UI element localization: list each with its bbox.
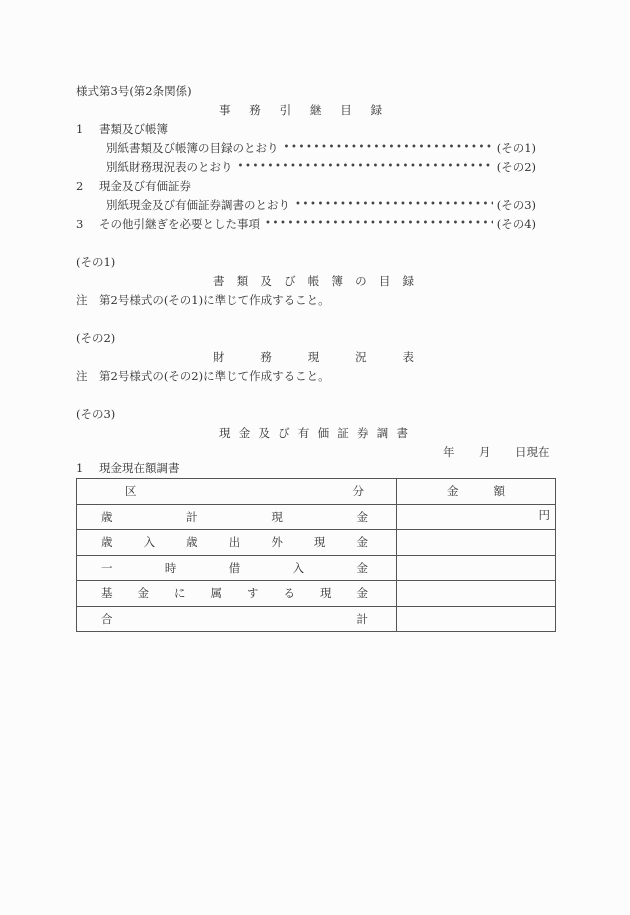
label-char: る (284, 585, 296, 601)
header-amount: 金 額 (397, 479, 556, 505)
title-char: 目 (379, 273, 391, 289)
amount-cell[interactable]: 円 (397, 504, 556, 530)
table-row: 歳 計 現 金 円 (77, 504, 556, 530)
label-char: 出 (229, 534, 241, 550)
label-char: 一 (101, 560, 113, 576)
title-char: び (284, 273, 296, 289)
main-title-char: 録 (370, 102, 382, 118)
label-char: に (174, 585, 186, 601)
subsection-heading: 1現金現在額調書 (76, 460, 180, 476)
title-char: 及 (258, 425, 270, 441)
table-row: 一 時 借 入 金 (77, 555, 556, 581)
toc-subitem: 別紙現金及び有価証券調書のとおり •••••••••••••••••••••••… (106, 197, 536, 213)
toc-ref: (その4) (497, 216, 536, 232)
toc-subitem: 別紙財務現況表のとおり ••••••••••••••••••••••••••••… (106, 159, 536, 175)
title-char: 書 (396, 425, 408, 441)
row-label: 歳 計 現 金 (77, 504, 397, 530)
title-char: び (278, 425, 290, 441)
label-char: 現 (320, 585, 332, 601)
title-char: 券 (357, 425, 369, 441)
title-char: 証 (337, 425, 349, 441)
dot-leader: ••••••••••••••••••••••••••••••••••••••••… (265, 216, 493, 232)
header-char: 額 (494, 483, 506, 499)
row-label: 基 金 に 属 す る 現 金 (77, 581, 397, 607)
table-row-total: 合 計 (77, 606, 556, 632)
label-char: す (247, 585, 259, 601)
label-char: 現 (271, 509, 283, 525)
title-char: 金 (239, 425, 251, 441)
section1-note: 注第2号様式の(その1)に準じて作成すること。 (76, 292, 330, 308)
toc-ref: (その2) (497, 159, 536, 175)
row-label: 歳 入 歳 出 外 現 金 (77, 530, 397, 556)
main-title-char: 事 (219, 102, 231, 118)
section2-note: 注第2号様式の(その2)に準じて作成すること。 (76, 368, 330, 384)
amount-cell[interactable] (397, 606, 556, 632)
label-char: 借 (229, 560, 241, 576)
header-char: 金 (447, 483, 459, 499)
label-char: 金 (138, 585, 150, 601)
toc-item-2: 2 現金及び有価証券 (76, 178, 536, 194)
label-char: 時 (165, 560, 177, 576)
toc-item-1: 1 書類及び帳簿 (76, 121, 536, 137)
label-char: 合 (101, 611, 113, 627)
main-title-char: 務 (249, 102, 261, 118)
title-char: 調 (377, 425, 389, 441)
section2-label: (その2) (76, 330, 115, 346)
toc-number: 2 (76, 178, 99, 194)
amount-cell[interactable] (397, 530, 556, 556)
month-field: 月 (479, 444, 491, 460)
note-text: 第2号様式の(その2)に準じて作成すること。 (99, 369, 330, 383)
amount-cell[interactable] (397, 581, 556, 607)
title-char: 務 (260, 349, 272, 365)
amount-cell[interactable] (397, 555, 556, 581)
title-char: 現 (308, 349, 320, 365)
toc-label: 現金及び有価証券 (99, 178, 191, 194)
main-title-char: 継 (310, 102, 322, 118)
subsection-title: 現金現在額調書 (99, 461, 180, 475)
title-char: 況 (355, 349, 367, 365)
cash-balance-table: 区 分 金 額 歳 計 現 金 円 歳 入 (76, 478, 556, 632)
label-char: 入 (144, 534, 156, 550)
toc-ref: (その3) (497, 197, 536, 213)
toc-number: 3 (76, 216, 99, 232)
toc-number: 1 (76, 121, 99, 137)
section3-label: (その3) (76, 406, 115, 422)
title-char: の (355, 273, 367, 289)
note-prefix: 注 (76, 292, 99, 308)
title-char: 有 (298, 425, 310, 441)
toc-label: 別紙現金及び有価証券調書のとおり (106, 197, 290, 213)
section2-title: 財 務 現 況 表 (213, 349, 414, 365)
toc-label: 書類及び帳簿 (99, 121, 168, 137)
row-label: 合 計 (77, 606, 397, 632)
label-char: 基 (101, 585, 113, 601)
year-field: 年 (443, 444, 455, 460)
toc-subitem: 別紙書類及び帳簿の目録のとおり ••••••••••••••••••••••••… (106, 140, 536, 156)
title-char: 簿 (331, 273, 343, 289)
main-title-char: 引 (280, 102, 292, 118)
table-header-row: 区 分 金 額 (77, 479, 556, 505)
label-char: 入 (293, 560, 305, 576)
title-char: 現 (219, 425, 231, 441)
title-char: 類 (237, 273, 249, 289)
label-char: 属 (211, 585, 223, 601)
label-char: 金 (356, 509, 368, 525)
main-title: 事 務 引 継 目 録 (219, 102, 382, 118)
header-char: 区 (125, 483, 137, 499)
day-field: 日現在 (515, 444, 550, 460)
table-row: 歳 入 歳 出 外 現 金 (77, 530, 556, 556)
toc-item-3: 3 その他引継ぎを必要とした事項 •••••••••••••••••••••••… (76, 216, 536, 232)
row-label: 一 時 借 入 金 (77, 555, 397, 581)
label-char: 計 (357, 611, 369, 627)
header-category: 区 分 (77, 479, 397, 505)
toc-label: 別紙書類及び帳簿の目録のとおり (106, 140, 279, 156)
main-title-char: 目 (340, 102, 352, 118)
title-char: 帳 (308, 273, 320, 289)
section1-label: (その1) (76, 254, 115, 270)
dot-leader: ••••••••••••••••••••••••••••••••••••••••… (295, 197, 493, 213)
section1-title: 書 類 及 び 帳 簿 の 目 録 (213, 273, 414, 289)
header-char: 分 (353, 483, 365, 499)
title-char: 録 (403, 273, 415, 289)
section3-title: 現 金 及 び 有 価 証 券 調 書 (219, 425, 408, 441)
subsection-number: 1 (76, 460, 99, 476)
label-char: 現 (314, 534, 326, 550)
note-prefix: 注 (76, 368, 99, 384)
label-char: 金 (357, 585, 369, 601)
toc-ref: (その1) (497, 140, 536, 156)
note-text: 第2号様式の(その1)に準じて作成すること。 (99, 293, 330, 307)
label-char: 歳 (101, 534, 113, 550)
label-char: 外 (271, 534, 283, 550)
title-char: 及 (260, 273, 272, 289)
title-char: 価 (318, 425, 330, 441)
dot-leader: ••••••••••••••••••••••••••••••••••••••••… (238, 159, 493, 175)
label-char: 金 (356, 534, 368, 550)
label-char: 金 (357, 560, 369, 576)
label-char: 計 (186, 509, 198, 525)
form-header: 様式第3号(第2条関係) (76, 83, 192, 99)
dot-leader: ••••••••••••••••••••••••••••••••••••••••… (284, 140, 493, 156)
toc-label: その他引継ぎを必要とした事項 (99, 216, 260, 232)
yen-unit: 円 (539, 507, 551, 523)
title-char: 財 (213, 349, 225, 365)
label-char: 歳 (186, 534, 198, 550)
title-char: 書 (213, 273, 225, 289)
title-char: 表 (403, 349, 415, 365)
date-line: 年 月 日現在 (443, 444, 553, 460)
label-char: 歳 (101, 509, 113, 525)
table-row: 基 金 に 属 す る 現 金 (77, 581, 556, 607)
toc-label: 別紙財務現況表のとおり (106, 159, 233, 175)
